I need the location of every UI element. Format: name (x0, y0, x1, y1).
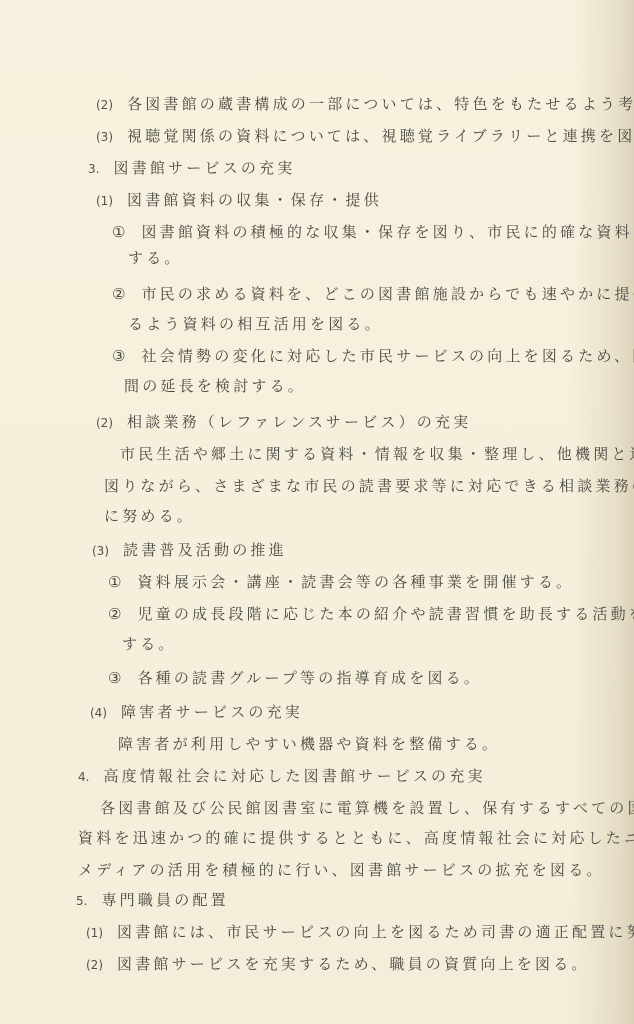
accessibility-para: 障害者が利用しやすい機器や資料を整備する。 (118, 734, 500, 754)
info-society-para-2: 資料を迅速かつ的確に提供するとともに、高度情報社会に対応したニュー (78, 828, 634, 848)
item-marker: (1) (96, 191, 113, 211)
subsection-1-heading: (1)図書館資料の収集・保存・提供 (96, 190, 382, 211)
point-text: 社会情勢の変化に対応した市民サービスの向上を図るため、開館時 (141, 347, 634, 365)
subsection-3-heading: (3)読書普及活動の推進 (92, 540, 287, 561)
subsection-4-heading: (4)障害者サービスの充実 (90, 702, 303, 723)
circled-marker: ③ (108, 668, 121, 688)
item-2-collection-feature: (2)各図書館の蔵書構成の一部については、特色をもたせるよう考慮する。 (96, 94, 634, 115)
reference-service-para-3: に努める。 (104, 506, 195, 526)
item-text: 図書館サービスを充実するため、職員の資質向上を図る。 (117, 955, 590, 973)
point-text: 図書館資料の積極的な収集・保存を図り、市民に的確な資料を提供 (141, 223, 634, 241)
point-text: 間の延長を検討する。 (124, 377, 306, 395)
paragraph-text: 市民生活や郷土に関する資料・情報を収集・整理し、他機関と連携を (120, 445, 634, 463)
subsection-title: 障害者サービスの充実 (121, 703, 303, 721)
reference-service-para-1: 市民生活や郷土に関する資料・情報を収集・整理し、他機関と連携を (120, 444, 634, 464)
paragraph-text: 各図書館及び公民館図書室に電算機を設置し、保有するすべての図書館 (100, 799, 634, 817)
item-marker: (2) (96, 95, 113, 115)
reading-point-3: ③各種の読書グループ等の指導育成を図る。 (108, 668, 482, 688)
item-marker: (3) (92, 541, 109, 561)
reading-point-2: ②児童の成長段階に応じた本の紹介や読書習慣を助長する活動を推進 (108, 604, 634, 624)
circled-marker: ① (112, 222, 125, 242)
point-text: 市民の求める資料を、どこの図書館施設からでも速やかに提供でき (141, 285, 634, 303)
circled-marker: ① (108, 572, 121, 592)
reference-service-para-2: 図りながら、さまざまな市民の読書要求等に対応できる相談業務の充実 (104, 476, 634, 496)
section-marker: 4. (78, 767, 89, 787)
info-society-para-3: メディアの活用を積極的に行い、図書館サービスの拡充を図る。 (78, 860, 605, 880)
scanned-page: (2)各図書館の蔵書構成の一部については、特色をもたせるよう考慮する。 (3)視… (0, 0, 634, 1024)
point-2-continued: るよう資料の相互活用を図る。 (128, 314, 383, 334)
point-1: ①図書館資料の積極的な収集・保存を図り、市民に的確な資料を提供 (112, 222, 634, 242)
item-3-audiovisual: (3)視聴覚関係の資料については、視聴覚ライブラリーと連携を図る。 (96, 126, 634, 147)
item-marker: (2) (86, 955, 103, 975)
item-marker: (4) (90, 703, 107, 723)
item-text: 各図書館の蔵書構成の一部については、特色をもたせるよう考慮する。 (127, 95, 634, 113)
section-marker: 3. (88, 159, 99, 179)
paragraph-text: メディアの活用を積極的に行い、図書館サービスの拡充を図る。 (78, 861, 605, 879)
point-3-continued: 間の延長を検討する。 (124, 376, 306, 396)
paragraph-text: 障害者が利用しやすい機器や資料を整備する。 (118, 735, 500, 753)
section-title: 図書館サービスの充実 (113, 159, 295, 177)
point-text: 資料展示会・講座・読書会等の各種事業を開催する。 (137, 573, 574, 591)
item-text: 図書館には、市民サービスの向上を図るため司書の適正配置に努める。 (117, 923, 634, 941)
point-text: 児童の成長段階に応じた本の紹介や読書習慣を助長する活動を推進 (137, 605, 634, 623)
circled-marker: ② (112, 284, 125, 304)
section-marker: 5. (76, 891, 87, 911)
point-3: ③社会情勢の変化に対応した市民サービスの向上を図るため、開館時 (112, 346, 634, 366)
circled-marker: ② (108, 604, 121, 624)
reading-point-1: ①資料展示会・講座・読書会等の各種事業を開催する。 (108, 572, 574, 592)
point-text: する。 (128, 249, 183, 267)
staff-item-1: (1)図書館には、市民サービスの向上を図るため司書の適正配置に努める。 (86, 922, 634, 943)
point-1-continued: する。 (128, 248, 183, 268)
section-title: 専門職員の配置 (101, 891, 228, 909)
item-text: 視聴覚関係の資料については、視聴覚ライブラリーと連携を図る。 (127, 127, 634, 145)
subsection-title: 相談業務（レファレンスサービス）の充実 (127, 413, 471, 431)
subsection-title: 図書館資料の収集・保存・提供 (127, 191, 382, 209)
circled-marker: ③ (112, 346, 125, 366)
point-text: する。 (122, 635, 177, 653)
point-text: 各種の読書グループ等の指導育成を図る。 (137, 669, 482, 687)
item-marker: (2) (96, 413, 113, 433)
paragraph-text: 資料を迅速かつ的確に提供するとともに、高度情報社会に対応したニュー (78, 829, 634, 847)
paragraph-text: 図りながら、さまざまな市民の読書要求等に対応できる相談業務の充実 (104, 477, 634, 495)
point-2: ②市民の求める資料を、どこの図書館施設からでも速やかに提供でき (112, 284, 634, 304)
section-3-heading: 3.図書館サービスの充実 (88, 158, 295, 179)
item-marker: (1) (86, 923, 103, 943)
section-5-heading: 5.専門職員の配置 (76, 890, 229, 911)
paragraph-text: に努める。 (104, 507, 195, 525)
section-4-heading: 4.高度情報社会に対応した図書館サービスの充実 (78, 766, 486, 787)
info-society-para-1: 各図書館及び公民館図書室に電算機を設置し、保有するすべての図書館 (100, 798, 634, 818)
section-title: 高度情報社会に対応した図書館サービスの充実 (103, 767, 485, 785)
staff-item-2: (2)図書館サービスを充実するため、職員の資質向上を図る。 (86, 954, 590, 975)
subsection-title: 読書普及活動の推進 (123, 541, 287, 559)
point-text: るよう資料の相互活用を図る。 (128, 315, 383, 333)
reading-point-2-continued: する。 (122, 634, 177, 654)
item-marker: (3) (96, 127, 113, 147)
subsection-2-heading: (2)相談業務（レファレンスサービス）の充実 (96, 412, 471, 433)
